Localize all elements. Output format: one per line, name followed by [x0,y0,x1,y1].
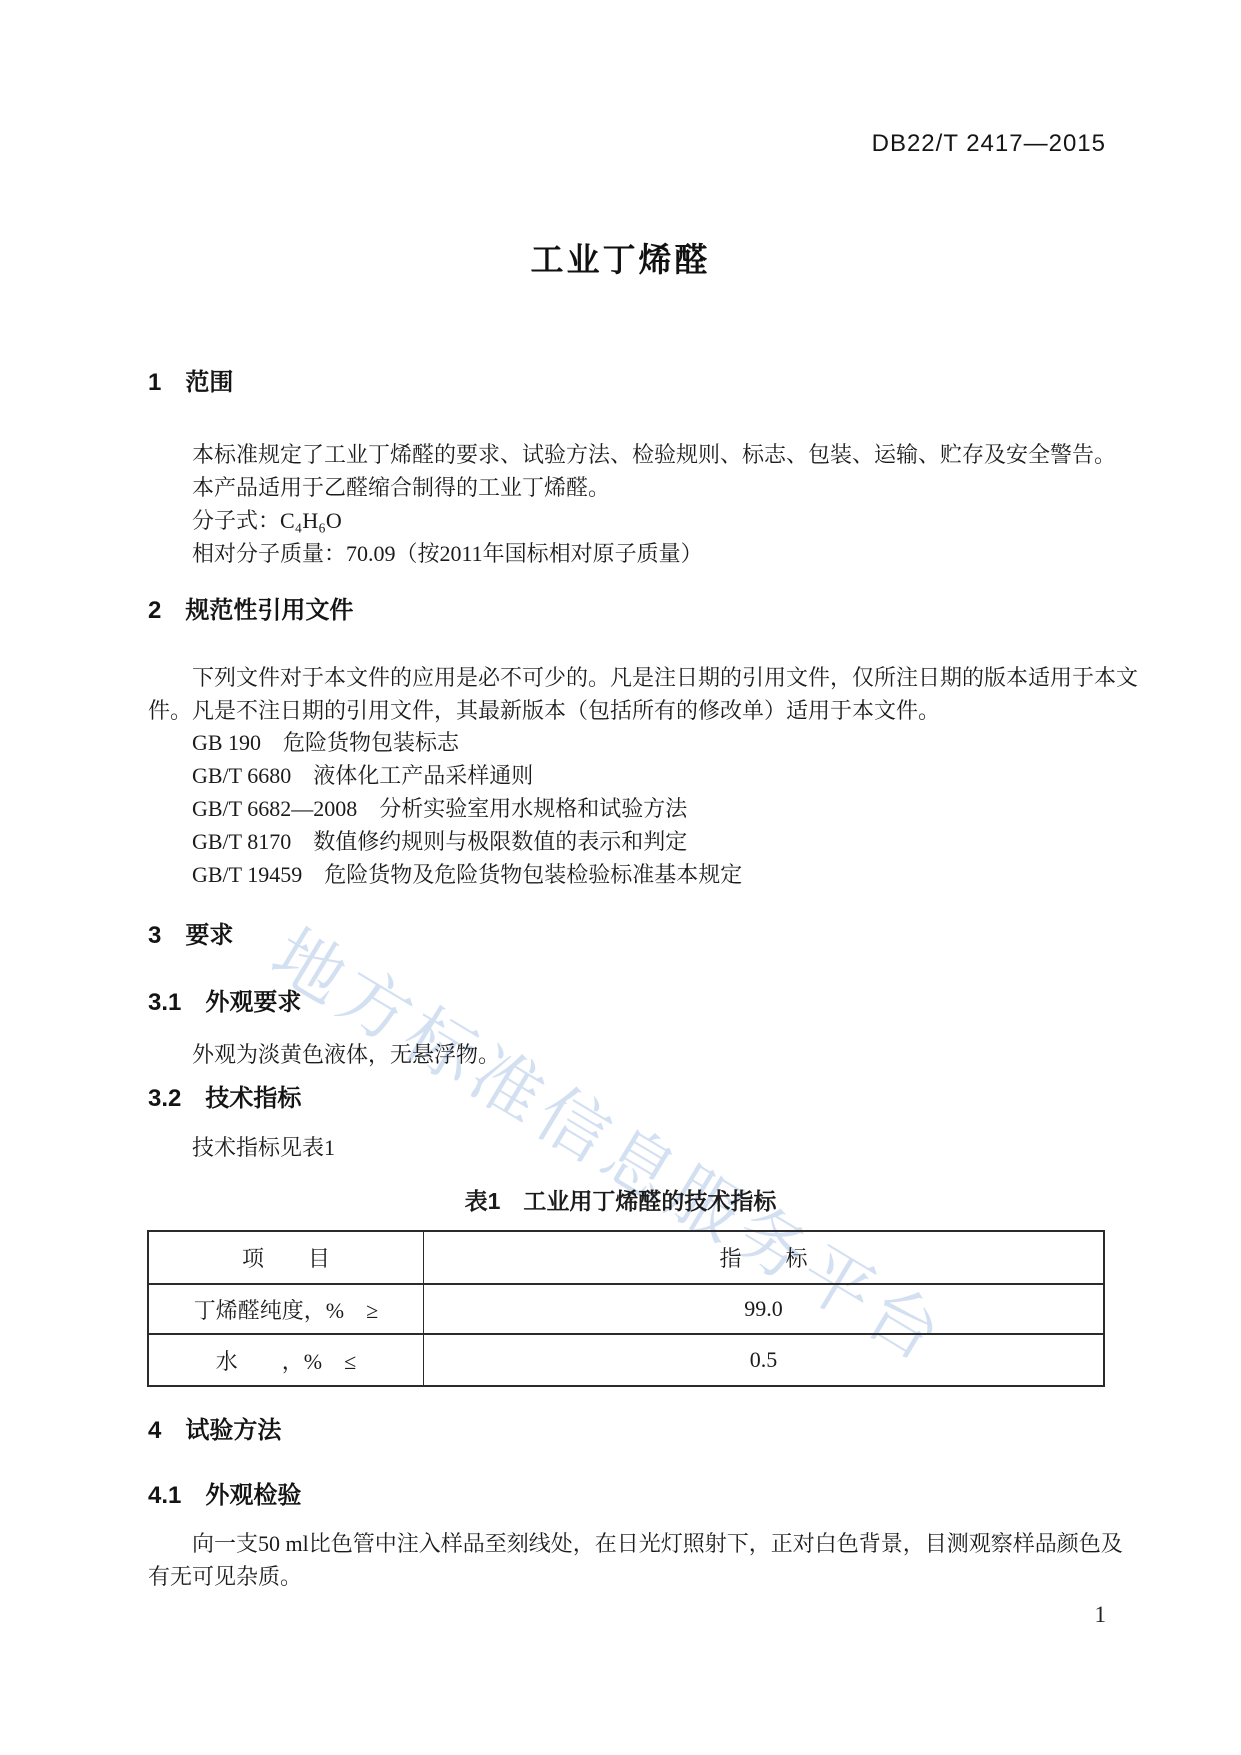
paragraph-line: 本标准规定了工业丁烯醛的要求、试验方法、检验规则、标志、包装、运输、贮存及安全警… [192,438,1116,471]
paragraph-line: 本产品适用于乙醛缩合制得的工业丁烯醛。 [192,471,610,504]
spec-table: 项 目 指 标 丁烯醛纯度，% ≥ 99.0 水 ，% ≤ 0.5 [147,1230,1105,1387]
section-heading-4: 4 试验方法 [148,1416,281,1446]
table-cell-value: 99.0 [424,1285,1103,1333]
paragraph-line: 向一支50 ml比色管中注入样品至刻线处，在日光灯照射下，正对白色背景，目测观察… [192,1527,1123,1560]
table-cell-item: 水 ，% ≤ [149,1335,424,1385]
reference-item: GB/T 6682—2008 分析实验室用水规格和试验方法 [192,792,687,825]
doc-title: 工业丁烯醛 [0,234,1241,281]
reference-item: GB/T 6680 液体化工产品采样通则 [192,759,533,792]
table-header-value: 指 标 [424,1232,1103,1283]
paragraph-line: 外观为淡黄色液体，无悬浮物。 [192,1038,500,1071]
table-row: 水 ，% ≤ 0.5 [149,1333,1103,1385]
table-cell-value: 0.5 [424,1335,1103,1385]
table-header-item: 项 目 [149,1232,424,1283]
page-number: 1 [1095,1602,1107,1628]
paragraph-line: 件。凡是不注日期的引用文件，其最新版本（包括所有的修改单）适用于本文件。 [148,694,940,727]
paragraph-line: 技术指标见表1 [192,1131,335,1164]
section-heading-1: 1 范围 [148,368,233,398]
molecular-mass: 相对分子质量：70.09（按2011年国标相对原子质量） [192,537,703,570]
molecular-formula: 分子式：C₄H₆O [192,504,342,537]
table-row: 丁烯醛纯度，% ≥ 99.0 [149,1283,1103,1333]
paragraph-line: 下列文件对于本文件的应用是必不可少的。凡是注日期的引用文件，仅所注日期的版本适用… [192,661,1138,694]
reference-item: GB/T 19459 危险货物及危险货物包装检验标准基本规定 [192,858,742,891]
doc-number: DB22/T 2417—2015 [872,130,1106,158]
section-heading-3: 3 要求 [148,921,233,951]
reference-item: GB/T 8170 数值修约规则与极限数值的表示和判定 [192,825,687,858]
section-heading-4-1: 4.1 外观检验 [148,1481,301,1511]
section-heading-2: 2 规范性引用文件 [148,596,353,626]
reference-item: GB 190 危险货物包装标志 [192,726,459,759]
table-header-row: 项 目 指 标 [149,1232,1103,1283]
section-heading-3-2: 3.2 技术指标 [148,1084,301,1114]
table-cell-item: 丁烯醛纯度，% ≥ [149,1285,424,1333]
table1-caption: 表1 工业用丁烯醛的技术指标 [0,1183,1241,1216]
section-heading-3-1: 3.1 外观要求 [148,988,301,1018]
paragraph-line: 有无可见杂质。 [148,1560,302,1593]
